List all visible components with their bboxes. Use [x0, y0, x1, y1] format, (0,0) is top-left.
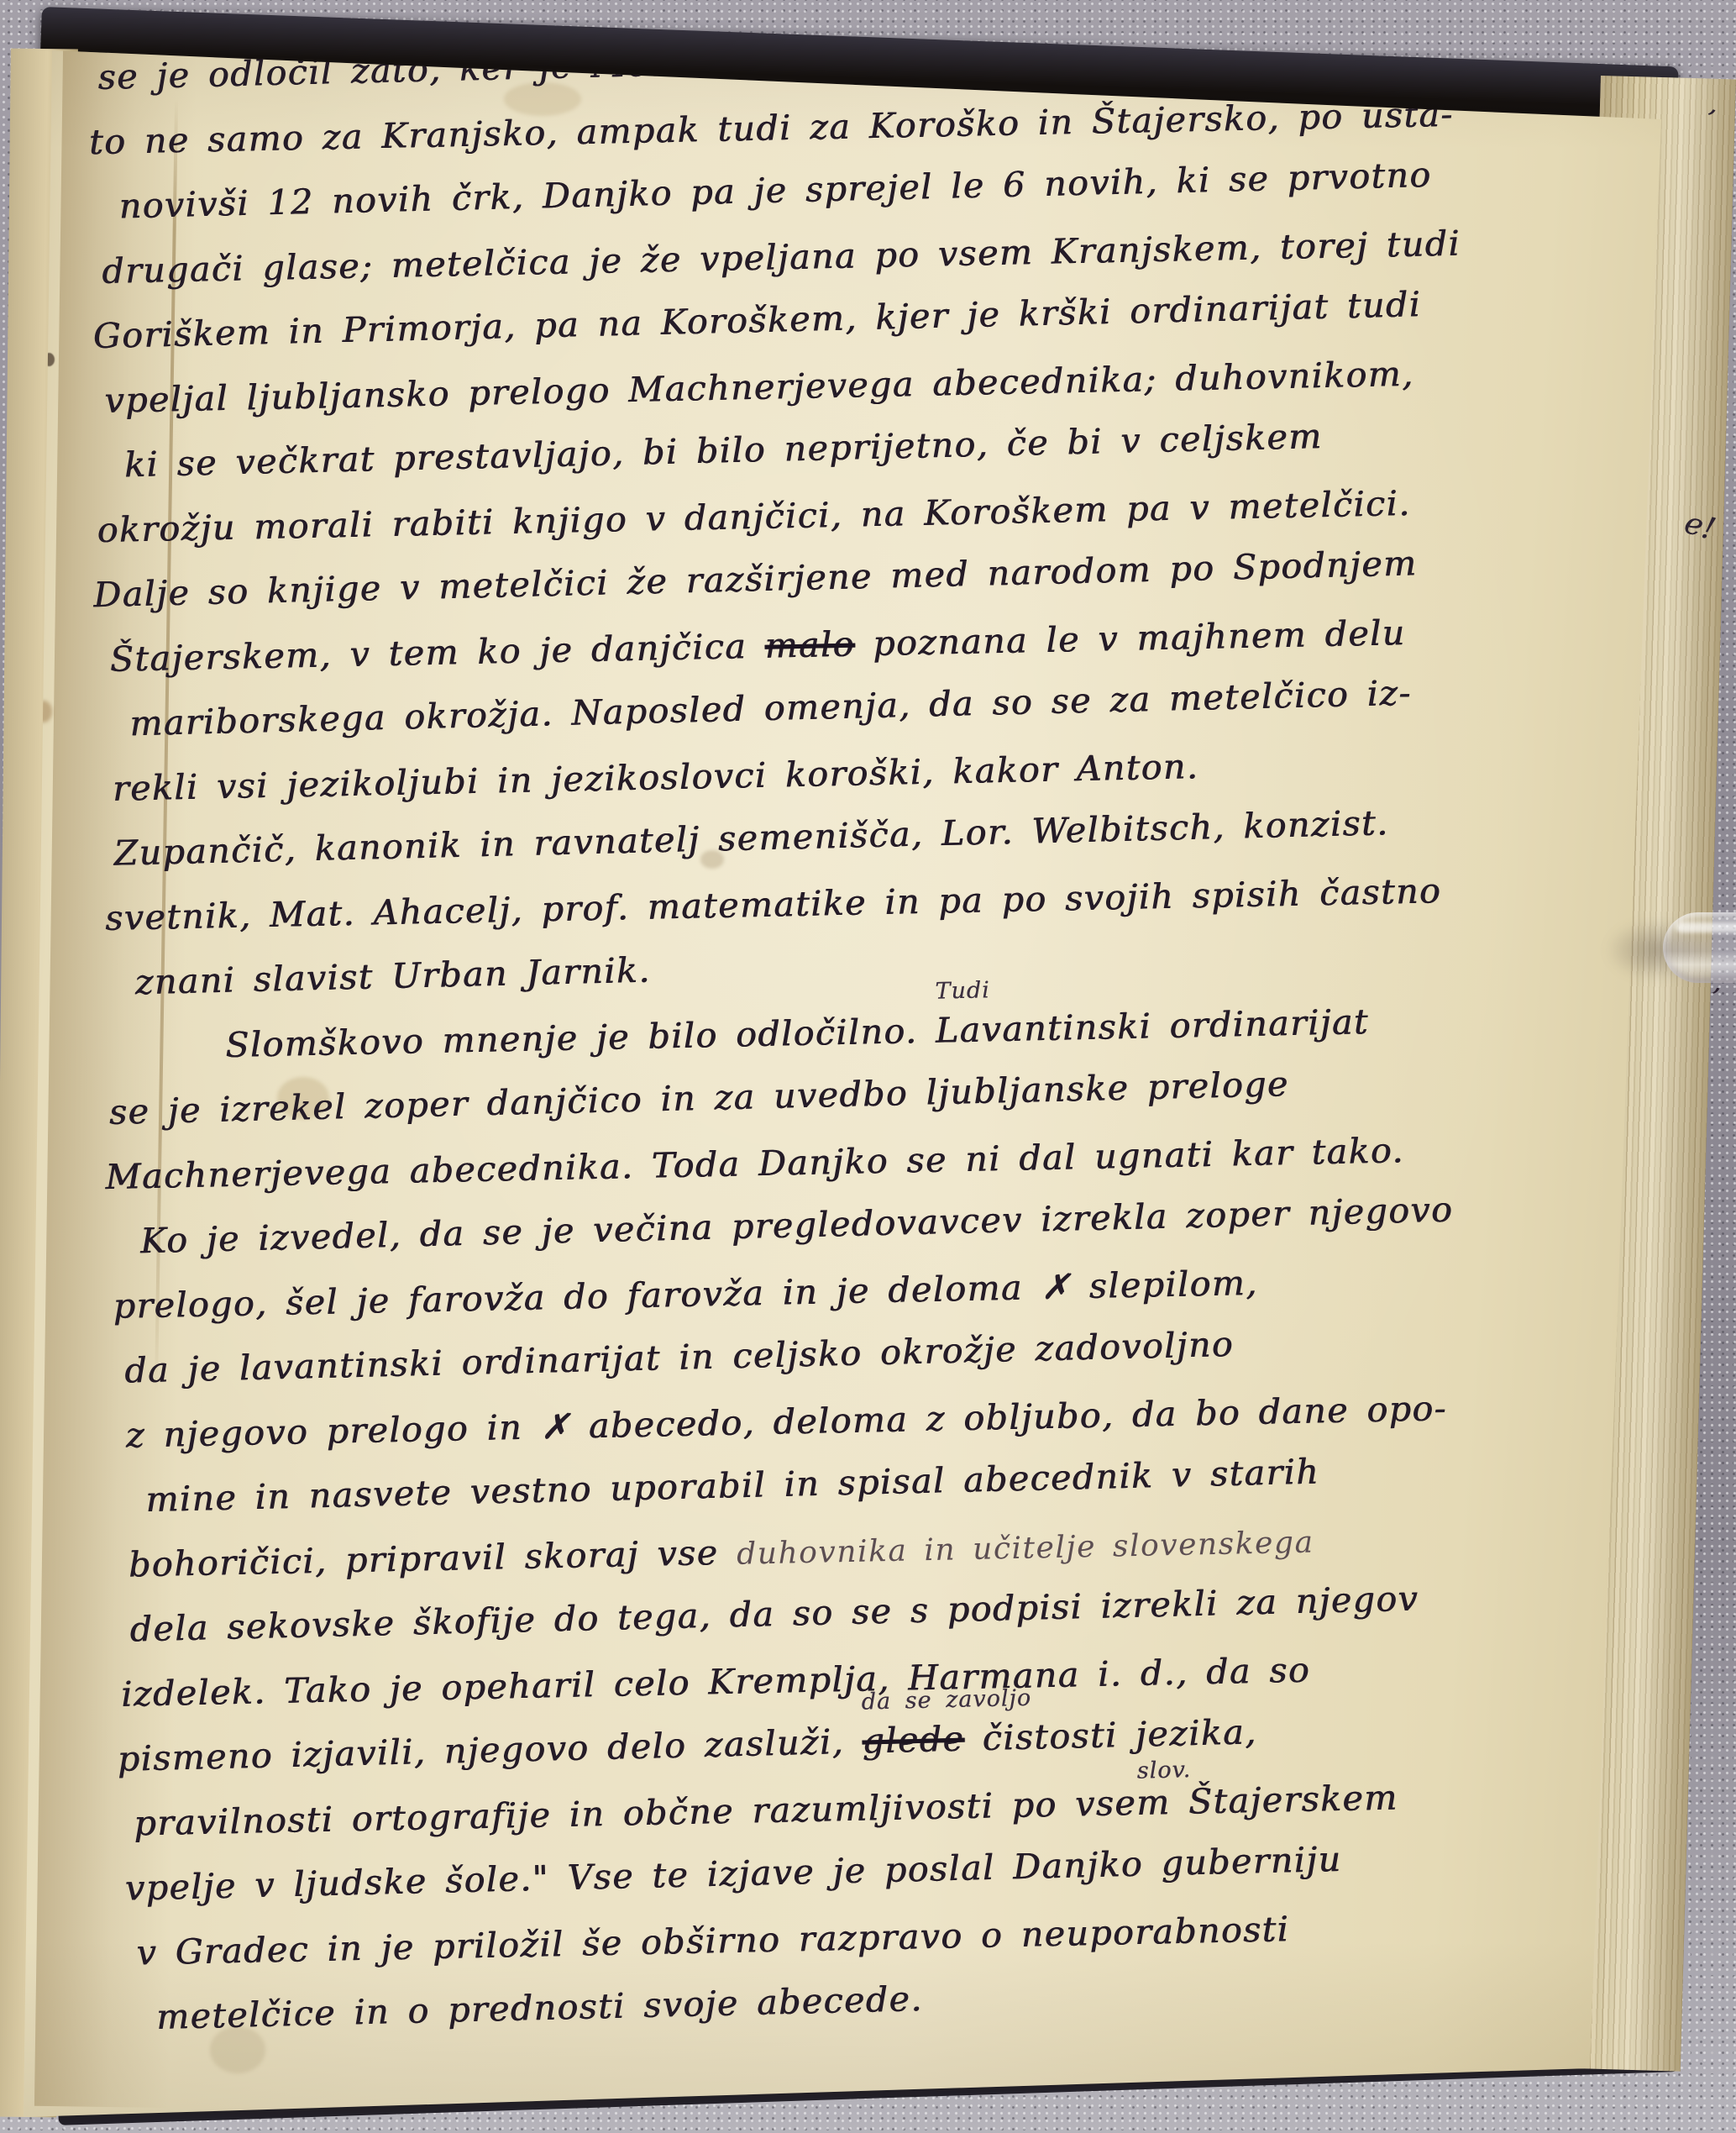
- handwriting-text: metelčice in o prednosti svoje abecede.: [156, 1978, 924, 2037]
- handwriting-text: čistosti jezika,: [964, 1711, 1258, 1758]
- photo-of-manuscript: 331 se je odločil zato, ker je Metelkova…: [0, 0, 1736, 2133]
- interline-insertion: da se zavoljo: [861, 1687, 1031, 1714]
- handwriting-text: duhovnika in učitelje slovenskega: [737, 1525, 1314, 1572]
- handwriting-text: pismeno izjavili, njegovo delo zasluži,: [117, 1721, 863, 1779]
- handwriting-text: poznana le v majhnem delu: [854, 612, 1406, 664]
- handwriting-text: Štajerskem, v tem ko je danjčica: [110, 626, 766, 680]
- handwriting-text: znani slavist Urban Jarnik.: [134, 950, 651, 1003]
- manuscript-page: 331 se je odločil zato, ker je Metelkova…: [0, 0, 1736, 2133]
- manuscript-lines: se je odločil zato, ker je Metelkova ref…: [97, 15, 1618, 2051]
- handwriting-text: bohoričici, pripravil skoraj vse: [128, 1532, 737, 1585]
- struck-word: malo: [764, 624, 855, 666]
- struck-word: glede: [862, 1719, 965, 1762]
- glass-page-holder: [1663, 912, 1736, 983]
- interline-insertion: Tudi: [935, 979, 990, 1002]
